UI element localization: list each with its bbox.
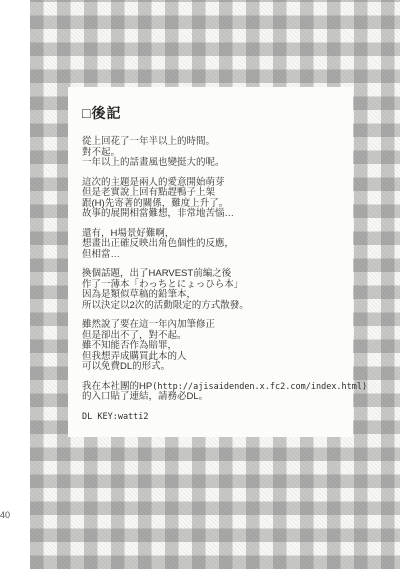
homepage-prefix: 我在本社團的HP <box>82 381 152 392</box>
homepage-url: (http://ajisaidenden.x.fc2.com/index.htm… <box>152 382 367 392</box>
text-line: 但相當… <box>82 250 341 261</box>
afterword-panel: □後記 從上回花了一年半以上的時間。 對不起。 一年以上的話畫風也變挺大的呢。 … <box>68 87 353 437</box>
text-line: 因為是類似草稿的鉛筆本， <box>82 290 341 301</box>
homepage-paragraph: 我在本社團的HP(http://ajisaidenden.x.fc2.com/i… <box>82 382 341 403</box>
text-line: 雖不知能否作為賠罪， <box>82 341 341 352</box>
afterword-title: □後記 <box>82 103 341 123</box>
paragraph: 還有，H場景好難啊， 想畫出正確反映出角色個性的反應， 但相當… <box>82 229 341 261</box>
text-line: 想畫出正確反映出角色個性的反應， <box>82 239 341 250</box>
page-number: 40 <box>0 510 10 520</box>
paragraph: 換個話題，出了HARVEST前編之後 作了一薄本「わっちとにょっひら本」 因為是… <box>82 269 341 311</box>
dl-key: DL KEY:watti2 <box>82 412 341 423</box>
dl-key-paragraph: DL KEY:watti2 <box>82 412 341 423</box>
text-line: 所以決定以2次的活動限定的方式散發。 <box>82 301 341 312</box>
text-line: 從上回花了一年半以上的時間。 <box>82 137 341 148</box>
text-line: 但是老實說上回有點趕鴨子上架 <box>82 188 341 199</box>
paragraph: 雖然說了要在這一年內加筆修正 但是卻出不了，對不起。 雖不知能否作為賠罪， 但我… <box>82 320 341 373</box>
text-line: 雖然說了要在這一年內加筆修正 <box>82 320 341 331</box>
afterword-body: 從上回花了一年半以上的時間。 對不起。 一年以上的話畫風也變挺大的呢。 這次的主… <box>82 137 341 422</box>
paragraph: 這次的主題是兩人的愛意開始萌芽 但是老實說上回有點趕鴨子上架 跟(H)先寄著的關… <box>82 178 341 220</box>
text-line: 可以免費DL的形式。 <box>82 362 341 373</box>
text-line: 換個話題，出了HARVEST前編之後 <box>82 269 341 280</box>
text-line: 的入口貼了連結，請務必DL。 <box>82 392 341 403</box>
text-line: 一年以上的話畫風也變挺大的呢。 <box>82 158 341 169</box>
paragraph: 從上回花了一年半以上的時間。 對不起。 一年以上的話畫風也變挺大的呢。 <box>82 137 341 169</box>
text-line: 故事的展開相當難想，非常地苦惱… <box>82 209 341 220</box>
